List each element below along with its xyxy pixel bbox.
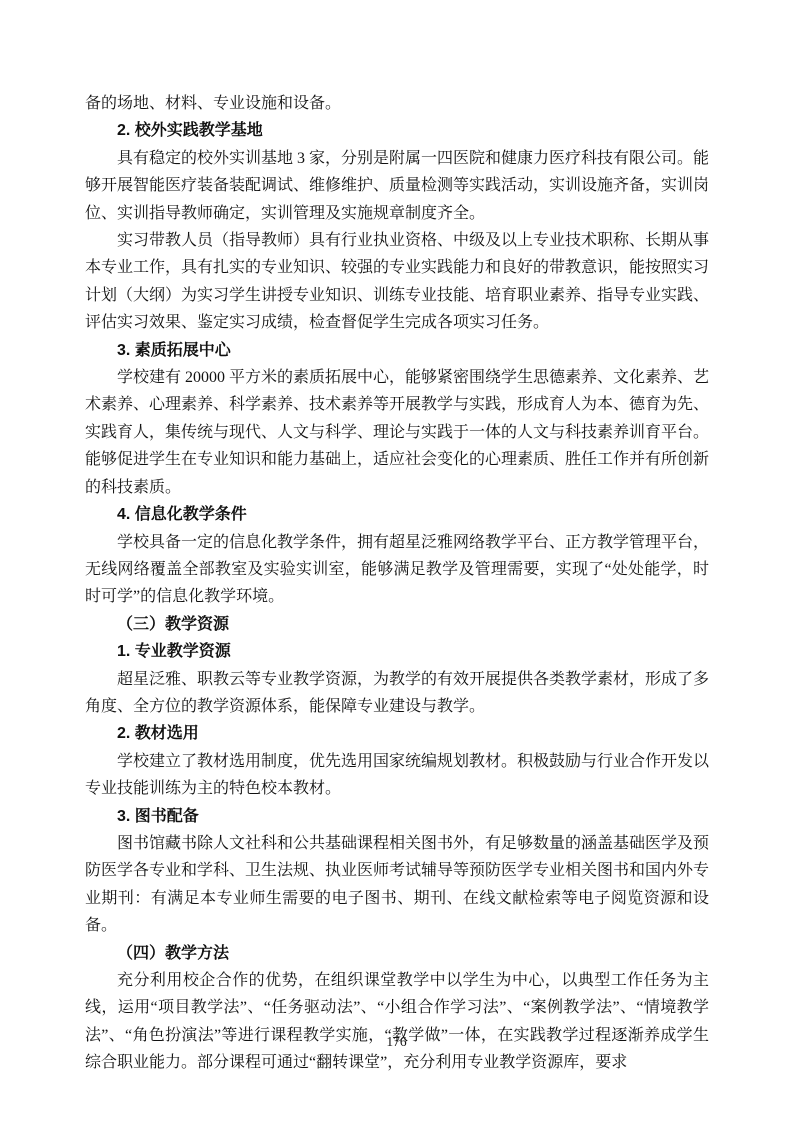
document-body: 备的场地、材料、专业设施和设备。 2. 校外实践教学基地 具有稳定的校外实训基地… bbox=[85, 90, 709, 1077]
heading-section-teaching-resources: （三）教学资源 bbox=[85, 611, 709, 638]
paragraph-professional-teaching-resources: 超星泛雅、职教云等专业教学资源，为教学的有效开展提供各类教学素材，形成了多角度、… bbox=[85, 666, 709, 721]
heading-professional-teaching-resources: 1. 专业教学资源 bbox=[85, 638, 709, 665]
paragraph-venues-continuation: 备的场地、材料、专业设施和设备。 bbox=[85, 90, 709, 117]
heading-quality-development-center: 3. 素质拓展中心 bbox=[85, 337, 709, 364]
paragraph-library-provision: 图书馆藏书除人文社科和公共基础课程相关图书外，有足够数量的涵盖基础医学及预防医学… bbox=[85, 830, 709, 940]
paragraph-textbook-selection: 学校建立了教材选用制度，优先选用国家统编规划教材。积极鼓励与行业合作开发以专业技… bbox=[85, 748, 709, 803]
paragraph-quality-development-center: 学校建有 20000 平方米的素质拓展中心，能够紧密围绕学生思德素养、文化素养、… bbox=[85, 364, 709, 501]
paragraph-offcampus-bases: 具有稳定的校外实训基地 3 家，分别是附属一四医院和健康力医疗科技有限公司。能够… bbox=[85, 145, 709, 227]
heading-informatization-teaching-conditions: 4. 信息化教学条件 bbox=[85, 501, 709, 528]
paragraph-teaching-methods: 充分利用校企合作的优势，在组织课堂教学中以学生为中心，以典型工作任务为主线，运用… bbox=[85, 967, 709, 1077]
document-page: 备的场地、材料、专业设施和设备。 2. 校外实践教学基地 具有稳定的校外实训基地… bbox=[0, 0, 793, 1122]
paragraph-informatization-conditions: 学校具备一定的信息化教学条件，拥有超星泛雅网络教学平台、正方教学管理平台，无线网… bbox=[85, 529, 709, 611]
heading-textbook-selection: 2. 教材选用 bbox=[85, 720, 709, 747]
heading-section-teaching-methods: （四）教学方法 bbox=[85, 940, 709, 967]
heading-offcampus-practice-base: 2. 校外实践教学基地 bbox=[85, 117, 709, 144]
page-number: 176 bbox=[0, 1034, 793, 1050]
paragraph-internship-supervisors: 实习带教人员（指导教师）具有行业执业资格、中级及以上专业技术职称、长期从事本专业… bbox=[85, 227, 709, 337]
heading-library-provision: 3. 图书配备 bbox=[85, 803, 709, 830]
